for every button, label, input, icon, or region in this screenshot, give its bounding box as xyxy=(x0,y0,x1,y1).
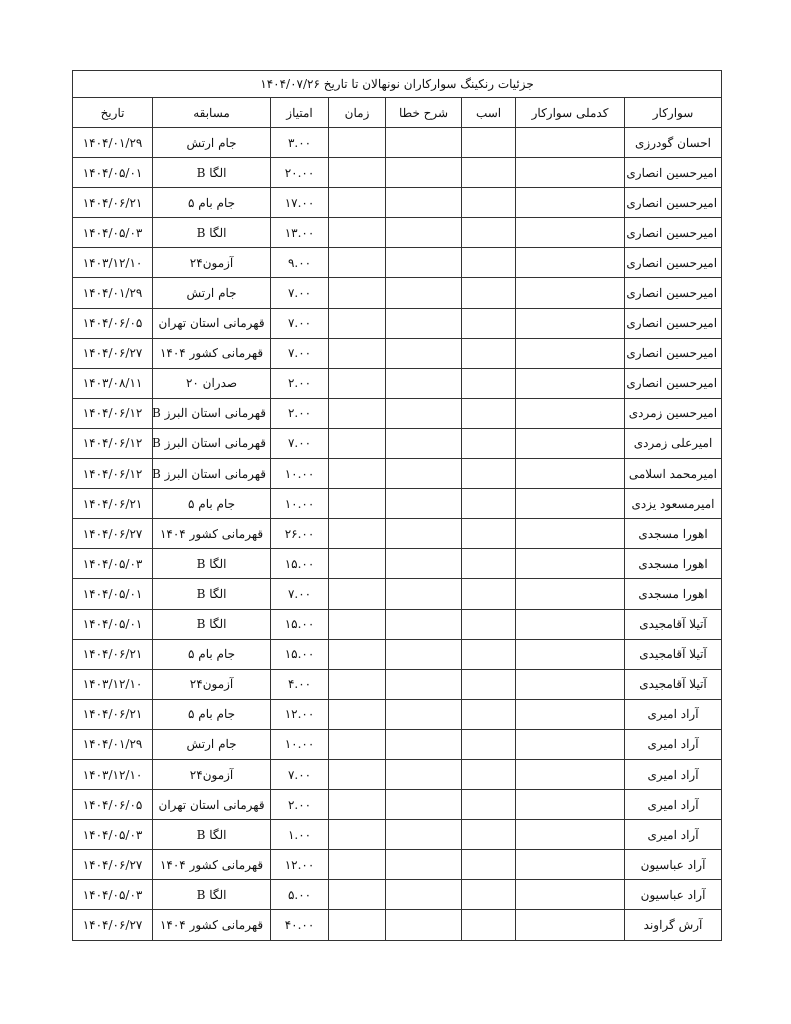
date-cell: ۱۴۰۴/۰۶/۱۲ xyxy=(73,459,153,489)
table-title-row: جزئیات رنکینگ سوارکاران نونهالان تا تاری… xyxy=(73,71,722,98)
rider-cell: آتیلا آقامجیدی xyxy=(625,639,722,669)
fault-description-cell xyxy=(386,398,462,428)
date-cell: ۱۴۰۴/۰۶/۲۷ xyxy=(73,519,153,549)
horse-cell xyxy=(462,338,516,368)
rider-cell: امیرحسین انصاری xyxy=(625,248,722,278)
horse-cell xyxy=(462,158,516,188)
race-cell: قهرمانی کشور ۱۴۰۴ xyxy=(153,850,271,880)
table-row: احسان گودرزی۳.۰۰جام ارتش۱۴۰۴/۰۱/۲۹ xyxy=(73,128,722,158)
national-code-cell xyxy=(516,308,625,338)
score-cell: ۲.۰۰ xyxy=(271,398,329,428)
column-header-race: مسابقه xyxy=(153,98,271,128)
table-row: آراد امیری۲.۰۰قهرمانی استان تهران۱۴۰۴/۰۶… xyxy=(73,790,722,820)
national-code-cell xyxy=(516,579,625,609)
rider-cell: آراد امیری xyxy=(625,759,722,789)
score-cell: ۵.۰۰ xyxy=(271,880,329,910)
score-cell: ۲.۰۰ xyxy=(271,368,329,398)
race-cell: الگا B xyxy=(153,609,271,639)
horse-cell xyxy=(462,128,516,158)
rider-cell: آراد عباسیون xyxy=(625,880,722,910)
date-cell: ۱۴۰۴/۰۶/۲۱ xyxy=(73,188,153,218)
national-code-cell xyxy=(516,609,625,639)
time-cell xyxy=(329,790,386,820)
score-cell: ۱۳.۰۰ xyxy=(271,218,329,248)
fault-description-cell xyxy=(386,609,462,639)
national-code-cell xyxy=(516,669,625,699)
date-cell: ۱۴۰۴/۰۵/۰۳ xyxy=(73,880,153,910)
race-cell: صدران ۲۰ xyxy=(153,368,271,398)
column-header-date: تاریخ xyxy=(73,98,153,128)
date-cell: ۱۴۰۴/۰۶/۲۱ xyxy=(73,699,153,729)
table-row: آراد امیری۷.۰۰آزمون۲۴۱۴۰۳/۱۲/۱۰ xyxy=(73,759,722,789)
table-row: امیرمسعود یزدی۱۰.۰۰جام بام ۵۱۴۰۴/۰۶/۲۱ xyxy=(73,489,722,519)
score-cell: ۱.۰۰ xyxy=(271,820,329,850)
column-header-rider: سوارکار xyxy=(625,98,722,128)
score-cell: ۱۲.۰۰ xyxy=(271,699,329,729)
horse-cell xyxy=(462,428,516,458)
rider-cell: امیرعلی زمردی xyxy=(625,428,722,458)
time-cell xyxy=(329,609,386,639)
fault-description-cell xyxy=(386,519,462,549)
time-cell xyxy=(329,398,386,428)
national-code-cell xyxy=(516,158,625,188)
table-row: آرش گراوند۴۰.۰۰قهرمانی کشور ۱۴۰۴۱۴۰۴/۰۶/… xyxy=(73,910,722,940)
date-cell: ۱۴۰۴/۰۶/۰۵ xyxy=(73,790,153,820)
national-code-cell xyxy=(516,398,625,428)
table-row: امیرحسین انصاری۷.۰۰قهرمانی کشور ۱۴۰۴۱۴۰۴… xyxy=(73,338,722,368)
table-row: اهورا مسجدی۷.۰۰الگا B۱۴۰۴/۰۵/۰۱ xyxy=(73,579,722,609)
horse-cell xyxy=(462,850,516,880)
rider-cell: آراد امیری xyxy=(625,820,722,850)
national-code-cell xyxy=(516,428,625,458)
race-cell: الگا B xyxy=(153,579,271,609)
rider-cell: اهورا مسجدی xyxy=(625,549,722,579)
score-cell: ۳.۰۰ xyxy=(271,128,329,158)
score-cell: ۱۷.۰۰ xyxy=(271,188,329,218)
horse-cell xyxy=(462,609,516,639)
time-cell xyxy=(329,459,386,489)
time-cell xyxy=(329,820,386,850)
time-cell xyxy=(329,519,386,549)
fault-description-cell xyxy=(386,850,462,880)
date-cell: ۱۴۰۴/۰۶/۲۷ xyxy=(73,910,153,940)
race-cell: جام ارتش xyxy=(153,128,271,158)
fault-description-cell xyxy=(386,699,462,729)
rider-cell: آتیلا آقامجیدی xyxy=(625,609,722,639)
fault-description-cell xyxy=(386,248,462,278)
national-code-cell xyxy=(516,459,625,489)
date-cell: ۱۴۰۳/۰۸/۱۱ xyxy=(73,368,153,398)
score-cell: ۱۰.۰۰ xyxy=(271,459,329,489)
document-page: جزئیات رنکینگ سوارکاران نونهالان تا تاری… xyxy=(0,0,791,1024)
date-cell: ۱۴۰۳/۱۲/۱۰ xyxy=(73,759,153,789)
score-cell: ۷.۰۰ xyxy=(271,308,329,338)
horse-cell xyxy=(462,489,516,519)
national-code-cell xyxy=(516,790,625,820)
horse-cell xyxy=(462,188,516,218)
rider-cell: اهورا مسجدی xyxy=(625,579,722,609)
race-cell: قهرمانی استان تهران xyxy=(153,790,271,820)
time-cell xyxy=(329,699,386,729)
time-cell xyxy=(329,428,386,458)
rider-cell: امیرحسین انصاری xyxy=(625,218,722,248)
national-code-cell xyxy=(516,188,625,218)
national-code-cell xyxy=(516,729,625,759)
race-cell: الگا B xyxy=(153,880,271,910)
horse-cell xyxy=(462,549,516,579)
date-cell: ۱۴۰۳/۱۲/۱۰ xyxy=(73,669,153,699)
time-cell xyxy=(329,128,386,158)
table-row: امیرحسین زمردی۲.۰۰قهرمانی استان البرز B۱… xyxy=(73,398,722,428)
fault-description-cell xyxy=(386,489,462,519)
date-cell: ۱۴۰۴/۰۵/۰۱ xyxy=(73,158,153,188)
rider-cell: امیرحسین زمردی xyxy=(625,398,722,428)
table-row: امیرحسین انصاری۲۰.۰۰الگا B۱۴۰۴/۰۵/۰۱ xyxy=(73,158,722,188)
date-cell: ۱۴۰۴/۰۱/۲۹ xyxy=(73,278,153,308)
time-cell xyxy=(329,338,386,368)
national-code-cell xyxy=(516,549,625,579)
table-header-row: سوارکار کدملی سوارکار اسب شرح خطا زمان ا… xyxy=(73,98,722,128)
table-row: اهورا مسجدی۱۵.۰۰الگا B۱۴۰۴/۰۵/۰۳ xyxy=(73,549,722,579)
fault-description-cell xyxy=(386,880,462,910)
score-cell: ۱۰.۰۰ xyxy=(271,729,329,759)
rider-cell: امیرحسین انصاری xyxy=(625,368,722,398)
time-cell xyxy=(329,669,386,699)
national-code-cell xyxy=(516,850,625,880)
national-code-cell xyxy=(516,338,625,368)
table-row: امیرحسین انصاری۷.۰۰قهرمانی استان تهران۱۴… xyxy=(73,308,722,338)
ranking-details-table: جزئیات رنکینگ سوارکاران نونهالان تا تاری… xyxy=(72,70,722,941)
rider-cell: آراد امیری xyxy=(625,699,722,729)
table-row: آراد امیری۱۲.۰۰جام بام ۵۱۴۰۴/۰۶/۲۱ xyxy=(73,699,722,729)
fault-description-cell xyxy=(386,459,462,489)
table-row: امیرحسین انصاری۱۳.۰۰الگا B۱۴۰۴/۰۵/۰۳ xyxy=(73,218,722,248)
race-cell: قهرمانی کشور ۱۴۰۴ xyxy=(153,519,271,549)
horse-cell xyxy=(462,278,516,308)
race-cell: جام بام ۵ xyxy=(153,188,271,218)
date-cell: ۱۴۰۴/۰۱/۲۹ xyxy=(73,128,153,158)
race-cell: جام بام ۵ xyxy=(153,489,271,519)
rider-cell: آراد امیری xyxy=(625,729,722,759)
horse-cell xyxy=(462,759,516,789)
horse-cell xyxy=(462,790,516,820)
table-row: امیرعلی زمردی۷.۰۰قهرمانی استان البرز B۱۴… xyxy=(73,428,722,458)
score-cell: ۴۰.۰۰ xyxy=(271,910,329,940)
date-cell: ۱۴۰۴/۰۵/۰۱ xyxy=(73,609,153,639)
horse-cell xyxy=(462,218,516,248)
date-cell: ۱۴۰۴/۰۶/۲۱ xyxy=(73,639,153,669)
time-cell xyxy=(329,248,386,278)
race-cell: الگا B xyxy=(153,218,271,248)
time-cell xyxy=(329,278,386,308)
time-cell xyxy=(329,188,386,218)
national-code-cell xyxy=(516,128,625,158)
time-cell xyxy=(329,850,386,880)
table-row: امیرمحمد اسلامی۱۰.۰۰قهرمانی استان البرز … xyxy=(73,459,722,489)
score-cell: ۱۲.۰۰ xyxy=(271,850,329,880)
score-cell: ۱۵.۰۰ xyxy=(271,639,329,669)
rider-cell: آتیلا آقامجیدی xyxy=(625,669,722,699)
horse-cell xyxy=(462,669,516,699)
table-row: آتیلا آقامجیدی۱۵.۰۰جام بام ۵۱۴۰۴/۰۶/۲۱ xyxy=(73,639,722,669)
score-cell: ۷.۰۰ xyxy=(271,759,329,789)
fault-description-cell xyxy=(386,278,462,308)
rider-cell: آراد امیری xyxy=(625,790,722,820)
horse-cell xyxy=(462,639,516,669)
date-cell: ۱۴۰۴/۰۶/۲۷ xyxy=(73,850,153,880)
national-code-cell xyxy=(516,639,625,669)
time-cell xyxy=(329,158,386,188)
fault-description-cell xyxy=(386,669,462,699)
national-code-cell xyxy=(516,278,625,308)
fault-description-cell xyxy=(386,188,462,218)
horse-cell xyxy=(462,820,516,850)
table-row: آتیلا آقامجیدی۴.۰۰آزمون۲۴۱۴۰۳/۱۲/۱۰ xyxy=(73,669,722,699)
race-cell: الگا B xyxy=(153,158,271,188)
date-cell: ۱۴۰۴/۰۵/۰۳ xyxy=(73,218,153,248)
horse-cell xyxy=(462,459,516,489)
column-header-fault-description: شرح خطا xyxy=(386,98,462,128)
table-row: امیرحسین انصاری۷.۰۰جام ارتش۱۴۰۴/۰۱/۲۹ xyxy=(73,278,722,308)
horse-cell xyxy=(462,248,516,278)
score-cell: ۲۶.۰۰ xyxy=(271,519,329,549)
rider-cell: اهورا مسجدی xyxy=(625,519,722,549)
national-code-cell xyxy=(516,248,625,278)
time-cell xyxy=(329,910,386,940)
table-row: آراد عباسیون۵.۰۰الگا B۱۴۰۴/۰۵/۰۳ xyxy=(73,880,722,910)
fault-description-cell xyxy=(386,910,462,940)
date-cell: ۱۴۰۴/۰۵/۰۳ xyxy=(73,549,153,579)
rider-cell: امیرحسین انصاری xyxy=(625,308,722,338)
race-cell: جام ارتش xyxy=(153,278,271,308)
horse-cell xyxy=(462,880,516,910)
rider-cell: امیرمسعود یزدی xyxy=(625,489,722,519)
race-cell: قهرمانی استان تهران xyxy=(153,308,271,338)
rider-cell: امیرحسین انصاری xyxy=(625,188,722,218)
score-cell: ۲.۰۰ xyxy=(271,790,329,820)
table-row: اهورا مسجدی۲۶.۰۰قهرمانی کشور ۱۴۰۴۱۴۰۴/۰۶… xyxy=(73,519,722,549)
horse-cell xyxy=(462,699,516,729)
fault-description-cell xyxy=(386,308,462,338)
fault-description-cell xyxy=(386,218,462,248)
time-cell xyxy=(329,549,386,579)
score-cell: ۴.۰۰ xyxy=(271,669,329,699)
time-cell xyxy=(329,368,386,398)
time-cell xyxy=(329,759,386,789)
race-cell: آزمون۲۴ xyxy=(153,248,271,278)
fault-description-cell xyxy=(386,368,462,398)
fault-description-cell xyxy=(386,790,462,820)
date-cell: ۱۴۰۴/۰۶/۲۱ xyxy=(73,489,153,519)
score-cell: ۲۰.۰۰ xyxy=(271,158,329,188)
score-cell: ۱۰.۰۰ xyxy=(271,489,329,519)
national-code-cell xyxy=(516,910,625,940)
national-code-cell xyxy=(516,368,625,398)
horse-cell xyxy=(462,729,516,759)
fault-description-cell xyxy=(386,549,462,579)
rider-cell: آرش گراوند xyxy=(625,910,722,940)
date-cell: ۱۴۰۴/۰۶/۲۷ xyxy=(73,338,153,368)
fault-description-cell xyxy=(386,428,462,458)
fault-description-cell xyxy=(386,820,462,850)
date-cell: ۱۴۰۴/۰۵/۰۱ xyxy=(73,579,153,609)
date-cell: ۱۴۰۴/۰۶/۰۵ xyxy=(73,308,153,338)
score-cell: ۷.۰۰ xyxy=(271,338,329,368)
fault-description-cell xyxy=(386,579,462,609)
score-cell: ۷.۰۰ xyxy=(271,278,329,308)
date-cell: ۱۴۰۴/۰۶/۱۲ xyxy=(73,428,153,458)
table-row: امیرحسین انصاری۱۷.۰۰جام بام ۵۱۴۰۴/۰۶/۲۱ xyxy=(73,188,722,218)
time-cell xyxy=(329,729,386,759)
fault-description-cell xyxy=(386,128,462,158)
score-cell: ۷.۰۰ xyxy=(271,428,329,458)
national-code-cell xyxy=(516,699,625,729)
time-cell xyxy=(329,880,386,910)
horse-cell xyxy=(462,519,516,549)
score-cell: ۱۵.۰۰ xyxy=(271,609,329,639)
national-code-cell xyxy=(516,218,625,248)
rider-cell: امیرحسین انصاری xyxy=(625,338,722,368)
time-cell xyxy=(329,218,386,248)
page-title: جزئیات رنکینگ سوارکاران نونهالان تا تاری… xyxy=(73,71,722,98)
race-cell: قهرمانی استان البرز B xyxy=(153,398,271,428)
table-row: امیرحسین انصاری۹.۰۰آزمون۲۴۱۴۰۳/۱۲/۱۰ xyxy=(73,248,722,278)
fault-description-cell xyxy=(386,338,462,368)
rider-cell: امیرحسین انصاری xyxy=(625,278,722,308)
race-cell: الگا B xyxy=(153,549,271,579)
race-cell: قهرمانی کشور ۱۴۰۴ xyxy=(153,338,271,368)
time-cell xyxy=(329,579,386,609)
race-cell: آزمون۲۴ xyxy=(153,759,271,789)
score-cell: ۹.۰۰ xyxy=(271,248,329,278)
column-header-score: امتیاز xyxy=(271,98,329,128)
race-cell: قهرمانی استان البرز B xyxy=(153,428,271,458)
national-code-cell xyxy=(516,759,625,789)
date-cell: ۱۴۰۴/۰۵/۰۳ xyxy=(73,820,153,850)
date-cell: ۱۴۰۴/۰۶/۱۲ xyxy=(73,398,153,428)
race-cell: جام بام ۵ xyxy=(153,699,271,729)
table-row: آتیلا آقامجیدی۱۵.۰۰الگا B۱۴۰۴/۰۵/۰۱ xyxy=(73,609,722,639)
horse-cell xyxy=(462,579,516,609)
time-cell xyxy=(329,639,386,669)
horse-cell xyxy=(462,398,516,428)
rider-cell: امیرحسین انصاری xyxy=(625,158,722,188)
national-code-cell xyxy=(516,519,625,549)
race-cell: جام ارتش xyxy=(153,729,271,759)
race-cell: جام بام ۵ xyxy=(153,639,271,669)
time-cell xyxy=(329,489,386,519)
column-header-time: زمان xyxy=(329,98,386,128)
race-cell: قهرمانی کشور ۱۴۰۴ xyxy=(153,910,271,940)
time-cell xyxy=(329,308,386,338)
national-code-cell xyxy=(516,880,625,910)
rider-cell: امیرمحمد اسلامی xyxy=(625,459,722,489)
national-code-cell xyxy=(516,820,625,850)
race-cell: آزمون۲۴ xyxy=(153,669,271,699)
fault-description-cell xyxy=(386,759,462,789)
fault-description-cell xyxy=(386,158,462,188)
race-cell: قهرمانی استان البرز B xyxy=(153,459,271,489)
rider-cell: احسان گودرزی xyxy=(625,128,722,158)
column-header-national-code: کدملی سوارکار xyxy=(516,98,625,128)
table-row: امیرحسین انصاری۲.۰۰صدران ۲۰۱۴۰۳/۰۸/۱۱ xyxy=(73,368,722,398)
fault-description-cell xyxy=(386,639,462,669)
horse-cell xyxy=(462,308,516,338)
column-header-horse: اسب xyxy=(462,98,516,128)
national-code-cell xyxy=(516,489,625,519)
race-cell: الگا B xyxy=(153,820,271,850)
fault-description-cell xyxy=(386,729,462,759)
table-row: آراد عباسیون۱۲.۰۰قهرمانی کشور ۱۴۰۴۱۴۰۴/۰… xyxy=(73,850,722,880)
score-cell: ۱۵.۰۰ xyxy=(271,549,329,579)
date-cell: ۱۴۰۴/۰۱/۲۹ xyxy=(73,729,153,759)
table-row: آراد امیری۱۰.۰۰جام ارتش۱۴۰۴/۰۱/۲۹ xyxy=(73,729,722,759)
rider-cell: آراد عباسیون xyxy=(625,850,722,880)
horse-cell xyxy=(462,910,516,940)
table-row: آراد امیری۱.۰۰الگا B۱۴۰۴/۰۵/۰۳ xyxy=(73,820,722,850)
horse-cell xyxy=(462,368,516,398)
score-cell: ۷.۰۰ xyxy=(271,579,329,609)
date-cell: ۱۴۰۳/۱۲/۱۰ xyxy=(73,248,153,278)
